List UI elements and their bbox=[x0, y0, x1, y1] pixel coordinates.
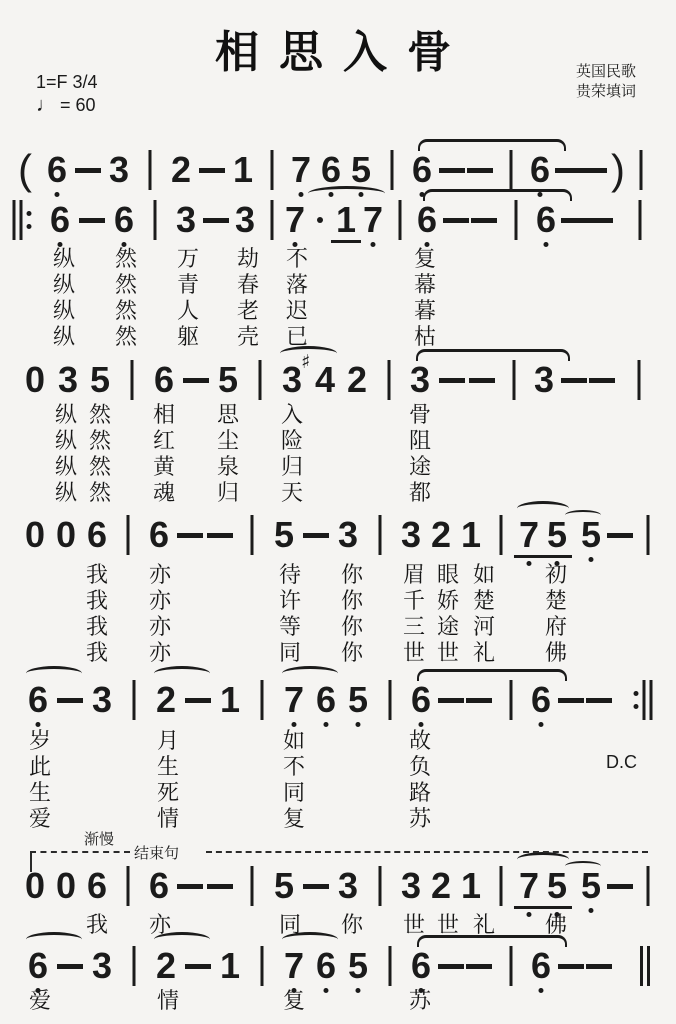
dot bbox=[27, 211, 32, 216]
lyric-syllable: 阻 bbox=[409, 430, 431, 452]
note: 1 bbox=[461, 868, 481, 904]
lyric-syllable: 府 bbox=[545, 616, 567, 638]
barline bbox=[515, 200, 518, 240]
tie-arc bbox=[418, 139, 566, 151]
barline bbox=[389, 946, 392, 986]
lyric-syllable: 万 bbox=[177, 248, 199, 270]
note: 5 bbox=[581, 868, 601, 904]
lyric-syllable: 纵 bbox=[55, 482, 77, 504]
note: 5 bbox=[547, 517, 567, 553]
repeat-dots bbox=[27, 200, 32, 240]
lyric-syllable: 眼 bbox=[437, 564, 459, 586]
lyric-syllable: 迟 bbox=[286, 300, 308, 322]
note: 1 bbox=[461, 517, 481, 553]
barline bbox=[650, 680, 653, 720]
lyric-syllable: 复 bbox=[283, 990, 305, 1012]
barline bbox=[251, 866, 254, 906]
note: 3 bbox=[282, 362, 302, 398]
note: 0 bbox=[25, 362, 45, 398]
note: 7 bbox=[519, 868, 539, 904]
lyric-syllable: 枯 bbox=[414, 326, 436, 348]
barline bbox=[647, 866, 650, 906]
lyric-syllable: 情 bbox=[157, 990, 179, 1012]
note: 1 bbox=[220, 948, 240, 984]
barline bbox=[133, 946, 136, 986]
duration-dash bbox=[303, 533, 329, 538]
note: 2 bbox=[156, 948, 176, 984]
lyric-syllable: 同 bbox=[279, 914, 301, 936]
lyric-syllable: 爱 bbox=[29, 990, 51, 1012]
dot bbox=[634, 704, 639, 709]
slur-arc bbox=[565, 861, 601, 871]
lyric-syllable: 纵 bbox=[55, 404, 77, 426]
note: 5 bbox=[274, 868, 294, 904]
lyric-syllable: 如 bbox=[473, 564, 495, 586]
note: 6 bbox=[154, 362, 174, 398]
slur-arc bbox=[26, 932, 82, 947]
duration-dash bbox=[185, 698, 211, 703]
da-capo-mark: D.C bbox=[606, 752, 637, 773]
repeat-barline bbox=[634, 680, 653, 720]
duration-dash bbox=[183, 378, 209, 383]
barline bbox=[640, 150, 643, 190]
duration-dash bbox=[586, 698, 612, 703]
dot bbox=[27, 224, 32, 229]
note: 6 bbox=[50, 202, 70, 238]
note: 0 bbox=[25, 868, 45, 904]
lyric-syllable: 亦 bbox=[149, 914, 171, 936]
barline bbox=[131, 360, 134, 400]
note: 5 bbox=[547, 868, 567, 904]
duration-dash bbox=[467, 168, 493, 173]
tempo-marking: ♩= 60 bbox=[36, 94, 96, 117]
note: 5 bbox=[90, 362, 110, 398]
duration-dash bbox=[558, 698, 584, 703]
note: 6 bbox=[316, 948, 336, 984]
lyric-syllable: 人 bbox=[177, 300, 199, 322]
tie-arc bbox=[417, 669, 567, 681]
duration-dash bbox=[581, 168, 607, 173]
note: 7 bbox=[363, 202, 383, 238]
note: 6 bbox=[149, 868, 169, 904]
lyric-syllable: 千 bbox=[403, 590, 425, 612]
note: 6 bbox=[536, 202, 556, 238]
lyric-syllable: 纵 bbox=[53, 326, 75, 348]
note: 4♯ bbox=[315, 362, 335, 398]
lyric-syllable: 故 bbox=[409, 730, 431, 752]
lyric-syllable: 入 bbox=[281, 404, 303, 426]
lyric-syllable: 躯 bbox=[177, 326, 199, 348]
barline bbox=[271, 150, 274, 190]
lyric-syllable: 楚 bbox=[545, 590, 567, 612]
low-octave-dot bbox=[324, 722, 329, 727]
barline bbox=[259, 360, 262, 400]
lyric-syllable: 归 bbox=[217, 482, 239, 504]
barline bbox=[510, 150, 513, 190]
barline bbox=[500, 515, 503, 555]
lyric-syllable: 礼 bbox=[473, 914, 495, 936]
lyric-syllable: 同 bbox=[283, 782, 305, 804]
note: 6 bbox=[530, 152, 550, 188]
lyric-syllable: 此 bbox=[29, 756, 51, 778]
lyric-syllable: 然 bbox=[89, 482, 111, 504]
low-octave-dot bbox=[527, 912, 532, 917]
lyric-syllable: 你 bbox=[341, 914, 363, 936]
tie-arc bbox=[423, 189, 572, 201]
lyric-syllable: 劫 bbox=[237, 248, 259, 270]
sheet-music-page: 相思入骨 1=F 3/4 ♩= 60 英国民歌 贵荣填词 (632176566)… bbox=[0, 0, 676, 1024]
slur-arc bbox=[565, 510, 601, 520]
lyric-syllable: 你 bbox=[341, 564, 363, 586]
low-octave-dot bbox=[356, 988, 361, 993]
barline bbox=[149, 150, 152, 190]
ending-bracket-line bbox=[206, 851, 648, 853]
slur-arc bbox=[154, 666, 210, 681]
lyric-syllable: 佛 bbox=[545, 914, 567, 936]
low-octave-dot bbox=[589, 908, 594, 913]
lyric-syllable: 如 bbox=[283, 730, 305, 752]
lyric-syllable: 娇 bbox=[437, 590, 459, 612]
note: 6 bbox=[316, 682, 336, 718]
lyric-syllable: 骨 bbox=[409, 404, 431, 426]
barline bbox=[127, 866, 130, 906]
note: 6 bbox=[321, 152, 341, 188]
low-octave-dot bbox=[292, 722, 297, 727]
note: 6 bbox=[28, 948, 48, 984]
barline bbox=[388, 360, 391, 400]
note: 7 bbox=[291, 152, 311, 188]
barline bbox=[643, 680, 646, 720]
duration-dash bbox=[439, 168, 465, 173]
lyric-syllable: 复 bbox=[414, 248, 436, 270]
credit-lyricist: 贵荣填词 bbox=[576, 82, 636, 102]
duration-dash bbox=[438, 698, 464, 703]
ending-phrase-label: 结束句 bbox=[134, 842, 179, 863]
tempo-value: = 60 bbox=[60, 95, 96, 115]
lyric-syllable: 我 bbox=[86, 642, 108, 664]
parenthesis: ) bbox=[611, 149, 625, 191]
duration-dash bbox=[79, 218, 105, 223]
lyric-syllable: 纵 bbox=[53, 248, 75, 270]
note: 6 bbox=[411, 948, 431, 984]
duration-dash bbox=[443, 218, 469, 223]
low-octave-dot bbox=[539, 722, 544, 727]
note: 3 bbox=[401, 517, 421, 553]
barline bbox=[391, 150, 394, 190]
lyric-syllable: 途 bbox=[437, 616, 459, 638]
lyric-syllable: 我 bbox=[86, 590, 108, 612]
note: 2 bbox=[171, 152, 191, 188]
barline bbox=[127, 515, 130, 555]
duration-dash bbox=[57, 964, 83, 969]
note: 7 bbox=[284, 682, 304, 718]
duration-dash bbox=[303, 884, 329, 889]
barline bbox=[379, 866, 382, 906]
slur-arc bbox=[517, 852, 569, 867]
duration-dash bbox=[561, 218, 587, 223]
parenthesis: ( bbox=[18, 149, 32, 191]
note: 3 bbox=[534, 362, 554, 398]
lyric-syllable: 爱 bbox=[29, 808, 51, 830]
note: 5 bbox=[351, 152, 371, 188]
eighth-underline bbox=[514, 906, 544, 909]
lyric-syllable: 三 bbox=[403, 616, 425, 638]
duration-dash bbox=[199, 168, 225, 173]
duration-dash bbox=[177, 884, 203, 889]
note: 7 bbox=[285, 202, 305, 238]
duration-dash bbox=[555, 168, 581, 173]
slur-arc bbox=[308, 186, 385, 201]
duration-dash bbox=[177, 533, 203, 538]
duration-dash bbox=[589, 378, 615, 383]
lyric-syllable: 不 bbox=[286, 248, 308, 270]
slur-arc bbox=[26, 666, 82, 681]
lyric-syllable: 相 bbox=[153, 404, 175, 426]
note: 1 bbox=[220, 682, 240, 718]
eighth-underline bbox=[542, 555, 572, 558]
low-octave-dot bbox=[371, 242, 376, 247]
lyric-syllable: 泉 bbox=[217, 456, 239, 478]
note: 3 bbox=[109, 152, 129, 188]
lyric-syllable: 幕 bbox=[414, 274, 436, 296]
note: 6 bbox=[114, 202, 134, 238]
credits: 英国民歌 贵荣填词 bbox=[576, 62, 636, 102]
lyric-syllable: 已 bbox=[286, 326, 308, 348]
note: 5 bbox=[348, 948, 368, 984]
lyric-syllable: 月 bbox=[157, 730, 179, 752]
lyric-syllable: 我 bbox=[86, 914, 108, 936]
lyric-syllable: 生 bbox=[29, 782, 51, 804]
lyric-syllable: 思 bbox=[217, 404, 239, 426]
lyric-syllable: 然 bbox=[115, 274, 137, 296]
lyric-syllable: 青 bbox=[177, 274, 199, 296]
note: 5 bbox=[581, 517, 601, 553]
barline bbox=[133, 680, 136, 720]
low-octave-dot bbox=[544, 242, 549, 247]
duration-dash bbox=[75, 168, 101, 173]
repeat-barline bbox=[13, 200, 32, 240]
note: 6 bbox=[411, 682, 431, 718]
duration-dash bbox=[558, 964, 584, 969]
duration-dash bbox=[466, 964, 492, 969]
low-octave-dot bbox=[539, 988, 544, 993]
note: 3 bbox=[401, 868, 421, 904]
lyric-syllable: 世 bbox=[403, 642, 425, 664]
lyric-syllable: 归 bbox=[281, 456, 303, 478]
augmentation-dot bbox=[317, 217, 323, 223]
barline bbox=[510, 946, 513, 986]
lyric-syllable: 亦 bbox=[149, 564, 171, 586]
low-octave-dot bbox=[324, 988, 329, 993]
lyric-syllable: 然 bbox=[115, 300, 137, 322]
duration-dash bbox=[466, 698, 492, 703]
key-signature: 1=F 3/4 bbox=[36, 72, 98, 93]
barline bbox=[500, 866, 503, 906]
note: 2 bbox=[431, 868, 451, 904]
barline bbox=[647, 515, 650, 555]
lyric-syllable: 亦 bbox=[149, 642, 171, 664]
eighth-underline bbox=[514, 555, 544, 558]
duration-dash bbox=[185, 964, 211, 969]
note: 6 bbox=[149, 517, 169, 553]
barline bbox=[639, 200, 642, 240]
duration-dash bbox=[469, 378, 495, 383]
lyric-syllable: 苏 bbox=[409, 808, 431, 830]
note: 6 bbox=[87, 517, 107, 553]
duration-dash bbox=[438, 964, 464, 969]
lyric-syllable: 天 bbox=[281, 482, 303, 504]
barline bbox=[647, 946, 650, 986]
barline bbox=[13, 200, 16, 240]
quarter-note-icon: ♩ bbox=[36, 94, 56, 116]
lyric-syllable: 佛 bbox=[545, 642, 567, 664]
barline bbox=[154, 200, 157, 240]
lyric-syllable: 复 bbox=[283, 808, 305, 830]
credit-origin: 英国民歌 bbox=[576, 62, 636, 82]
note: 0 bbox=[56, 517, 76, 553]
duration-dash bbox=[203, 218, 229, 223]
low-octave-dot bbox=[299, 192, 304, 197]
lyric-syllable: 礼 bbox=[473, 642, 495, 664]
lyric-syllable: 都 bbox=[409, 482, 431, 504]
lyric-syllable: 情 bbox=[157, 808, 179, 830]
note: 3 bbox=[410, 362, 430, 398]
barline bbox=[399, 200, 402, 240]
note: 3 bbox=[235, 202, 255, 238]
ritardando-label: 渐慢 bbox=[84, 828, 114, 849]
barline bbox=[261, 680, 264, 720]
tie-arc bbox=[416, 349, 570, 361]
lyric-syllable: 生 bbox=[157, 756, 179, 778]
lyric-syllable: 纵 bbox=[53, 274, 75, 296]
barline bbox=[251, 515, 254, 555]
ending-bracket-line bbox=[30, 851, 130, 853]
lyric-syllable: 然 bbox=[115, 326, 137, 348]
lyric-syllable: 苏 bbox=[409, 990, 431, 1012]
note: 5 bbox=[218, 362, 238, 398]
lyric-syllable: 黄 bbox=[153, 456, 175, 478]
note: 1 bbox=[233, 152, 253, 188]
lyric-syllable: 死 bbox=[157, 782, 179, 804]
ending-bracket-tick bbox=[30, 851, 32, 872]
note: 0 bbox=[25, 517, 45, 553]
note: 6 bbox=[531, 948, 551, 984]
duration-dash bbox=[439, 378, 465, 383]
note: 5 bbox=[274, 517, 294, 553]
note: 6 bbox=[47, 152, 67, 188]
lyric-syllable: 亦 bbox=[149, 616, 171, 638]
duration-dash bbox=[207, 533, 233, 538]
lyric-syllable: 你 bbox=[341, 642, 363, 664]
note: 6 bbox=[87, 868, 107, 904]
duration-dash bbox=[587, 218, 613, 223]
duration-dash bbox=[471, 218, 497, 223]
lyric-syllable: 老 bbox=[237, 300, 259, 322]
lyric-syllable: 待 bbox=[279, 564, 301, 586]
note: 5 bbox=[348, 682, 368, 718]
lyric-syllable: 我 bbox=[86, 564, 108, 586]
lyric-syllable: 我 bbox=[86, 616, 108, 638]
lyric-syllable: 尘 bbox=[217, 430, 239, 452]
lyric-syllable: 眉 bbox=[403, 564, 425, 586]
low-octave-dot bbox=[55, 192, 60, 197]
lyric-syllable: 纵 bbox=[55, 430, 77, 452]
lyric-syllable: 纵 bbox=[55, 456, 77, 478]
lyric-syllable: 春 bbox=[237, 274, 259, 296]
duration-dash bbox=[561, 378, 587, 383]
lyric-syllable: 然 bbox=[89, 456, 111, 478]
lyric-syllable: 纵 bbox=[53, 300, 75, 322]
lyric-syllable: 同 bbox=[279, 642, 301, 664]
lyric-syllable: 亦 bbox=[149, 590, 171, 612]
duration-dash bbox=[607, 533, 633, 538]
barline bbox=[379, 515, 382, 555]
lyric-syllable: 然 bbox=[89, 430, 111, 452]
lyric-syllable: 世 bbox=[437, 642, 459, 664]
lyric-syllable: 等 bbox=[279, 616, 301, 638]
low-octave-dot bbox=[527, 561, 532, 566]
lyric-syllable: 负 bbox=[409, 756, 431, 778]
lyric-syllable: 岁 bbox=[29, 730, 51, 752]
slur-arc bbox=[282, 666, 338, 681]
barline bbox=[513, 360, 516, 400]
low-octave-dot bbox=[419, 722, 424, 727]
note: 6 bbox=[417, 202, 437, 238]
lyric-syllable: 你 bbox=[341, 590, 363, 612]
lyric-syllable: 不 bbox=[283, 756, 305, 778]
note: 3 bbox=[338, 868, 358, 904]
eighth-underline bbox=[331, 240, 361, 243]
lyric-syllable: 险 bbox=[281, 430, 303, 452]
note: 3 bbox=[92, 948, 112, 984]
duration-dash bbox=[207, 884, 233, 889]
barline bbox=[640, 946, 643, 986]
repeat-dots bbox=[634, 680, 639, 720]
barline bbox=[510, 680, 513, 720]
note: 6 bbox=[412, 152, 432, 188]
note: 7 bbox=[519, 517, 539, 553]
note: 7 bbox=[284, 948, 304, 984]
lyric-syllable: 红 bbox=[153, 430, 175, 452]
lyric-syllable: 魂 bbox=[153, 482, 175, 504]
duration-dash bbox=[607, 884, 633, 889]
lyric-syllable: 暮 bbox=[414, 300, 436, 322]
barline bbox=[261, 946, 264, 986]
lyric-syllable: 初 bbox=[545, 564, 567, 586]
lyric-syllable: 许 bbox=[279, 590, 301, 612]
note: 2 bbox=[347, 362, 367, 398]
duration-dash bbox=[586, 964, 612, 969]
note: 6 bbox=[28, 682, 48, 718]
note: 0 bbox=[56, 868, 76, 904]
final-barline bbox=[640, 946, 650, 986]
note: 2 bbox=[431, 517, 451, 553]
lyric-syllable: 落 bbox=[286, 274, 308, 296]
lyric-syllable: 然 bbox=[89, 404, 111, 426]
duration-dash bbox=[57, 698, 83, 703]
lyric-syllable: 路 bbox=[409, 782, 431, 804]
note: 2 bbox=[156, 682, 176, 718]
lyric-syllable: 楚 bbox=[473, 590, 495, 612]
low-octave-dot bbox=[36, 722, 41, 727]
lyric-syllable: 河 bbox=[473, 616, 495, 638]
slur-arc bbox=[517, 501, 569, 516]
barline bbox=[638, 360, 641, 400]
barline bbox=[271, 200, 274, 240]
note: 3 bbox=[176, 202, 196, 238]
barline bbox=[20, 200, 23, 240]
lyric-syllable: 世 bbox=[437, 914, 459, 936]
